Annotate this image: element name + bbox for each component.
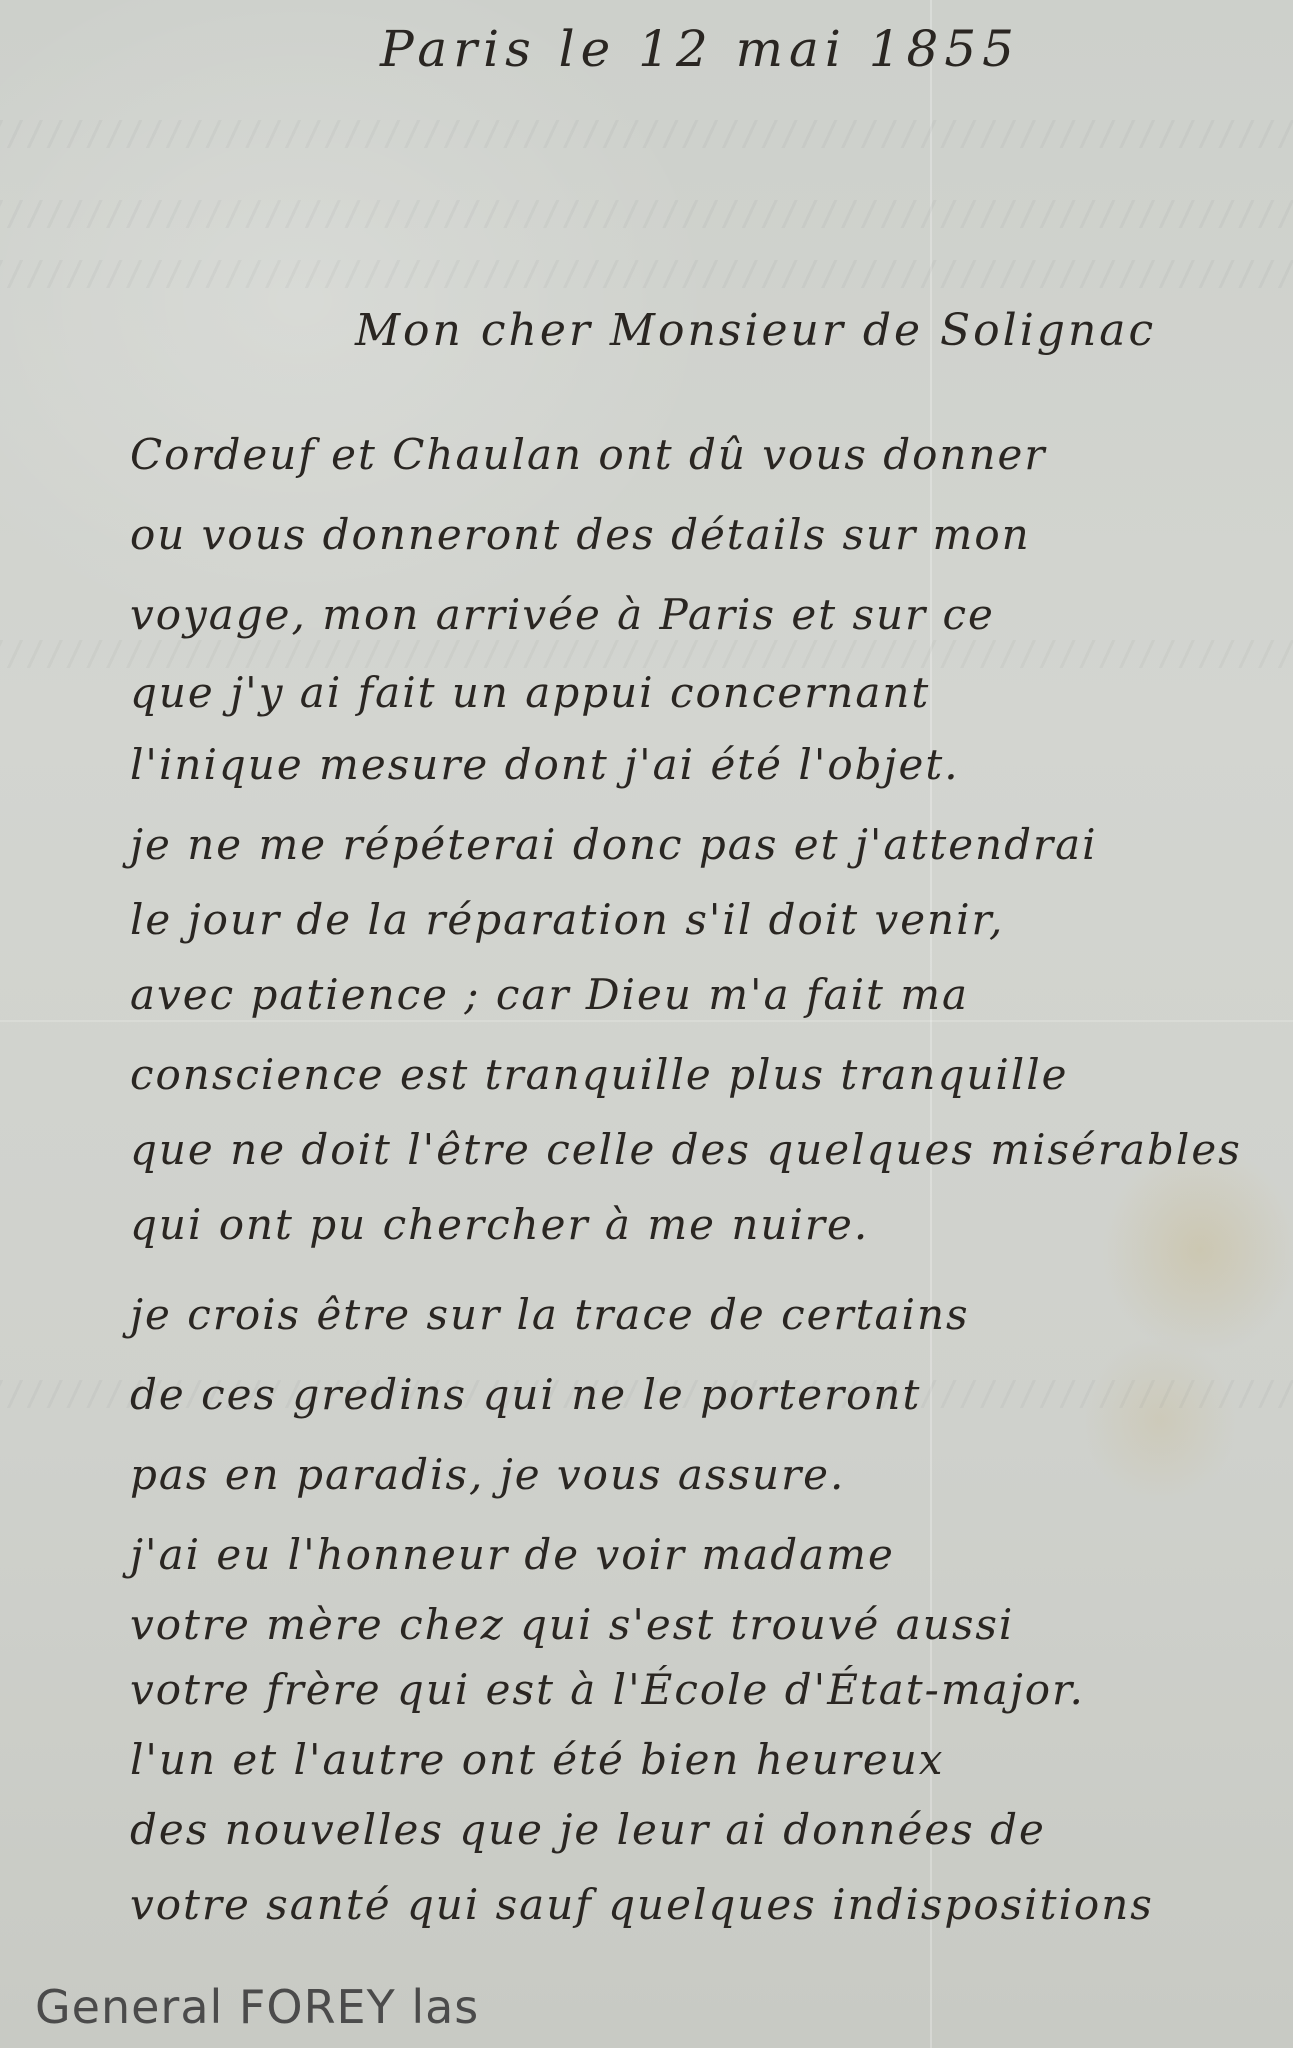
letter-line: je crois être sur la trace de certains: [130, 1290, 970, 1339]
letter-line: votre mère chez qui s'est trouvé aussi: [130, 1600, 1014, 1649]
letter-line: je ne me répéterai donc pas et j'attendr…: [130, 820, 1098, 869]
letter-line: avec patience ; car Dieu m'a fait ma: [130, 970, 969, 1019]
letter-salutation: Mon cher Monsieur de Solignac: [355, 305, 1156, 356]
letter-line: voyage, mon arrivée à Paris et sur ce: [130, 590, 995, 639]
letter-line: l'inique mesure dont j'ai été l'objet.: [130, 740, 960, 789]
letter-line: le jour de la réparation s'il doit venir…: [130, 895, 1004, 944]
letter-line: que j'y ai fait un appui concernant: [130, 668, 930, 717]
letter-date: Paris le 12 mai 1855: [380, 20, 1020, 78]
letter-line: j'ai eu l'honneur de voir madame: [130, 1530, 895, 1579]
letter-line: votre santé qui sauf quelques indisposit…: [130, 1880, 1154, 1929]
bleed-through-texture: [0, 260, 1293, 288]
pencil-annotation: General FOREY las: [35, 1980, 479, 2034]
letter-line: Cordeuf et Chaulan ont dû vous donner: [130, 430, 1046, 479]
letter-line: conscience est tranquille plus tranquill…: [130, 1050, 1069, 1099]
letter-line: qui ont pu chercher à me nuire.: [130, 1200, 869, 1249]
letter-line: votre frère qui est à l'École d'État-maj…: [130, 1665, 1085, 1714]
letter-line: pas en paradis, je vous assure.: [130, 1450, 845, 1499]
letter-line: l'un et l'autre ont été bien heureux: [130, 1735, 944, 1784]
letter-line: ou vous donneront des détails sur mon: [130, 510, 1031, 559]
bleed-through-texture: [0, 640, 1293, 668]
letter-line: de ces gredins qui ne le porteront: [130, 1370, 921, 1419]
bleed-through-texture: [0, 200, 1293, 228]
paper-fold-horizontal: [0, 1020, 1293, 1022]
letter-line: des nouvelles que je leur ai données de: [130, 1805, 1046, 1854]
letter-page: Paris le 12 mai 1855 Mon cher Monsieur d…: [0, 0, 1293, 2048]
letter-line: que ne doit l'être celle des quelques mi…: [130, 1125, 1242, 1174]
bleed-through-texture: [0, 120, 1293, 148]
